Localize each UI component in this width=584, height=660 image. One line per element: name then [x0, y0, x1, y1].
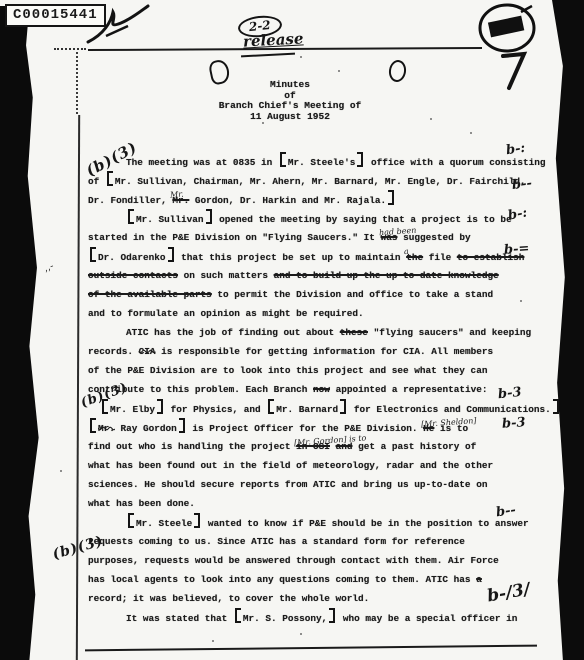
hand-bracket-icon [102, 399, 108, 414]
paragraph: Mr. Steele wanted to know if P&E should … [88, 513, 548, 608]
text-line: what has been found out in the field of … [88, 456, 548, 475]
text-segment: is responsible for getting information f… [156, 346, 494, 357]
handwritten-insertion: Mr. [170, 185, 185, 205]
hand-bracket-icon [553, 399, 559, 414]
text-segment: washad been [381, 232, 398, 243]
pen-flourish-icon [84, 2, 154, 48]
hand-bracket-icon [128, 513, 134, 528]
scan-speck [470, 132, 472, 134]
text-segment: of the available parts [88, 289, 212, 300]
text-segment: records. [88, 346, 139, 357]
hand-bracket-icon [128, 209, 134, 224]
text-line: records. CIA is responsible for getting … [88, 342, 548, 361]
hand-bracket-icon [280, 152, 286, 167]
hand-bracket-icon [90, 418, 96, 433]
text-segment: who may be a special officer in [337, 613, 517, 624]
hand-bracket-icon [179, 418, 185, 433]
text-segment: purposes, requests would be answered thr… [88, 555, 499, 566]
text-segment: these [340, 327, 368, 338]
text-segment: Mr. [98, 423, 115, 434]
text-segment: that this project be set up to maintain [176, 252, 407, 263]
hand-bracket-icon [388, 190, 394, 205]
text-segment: He[Mr. Sheldon] [423, 423, 434, 434]
text-segment: Mr. S. Possony, [243, 613, 327, 624]
text-segment: opened the meeting by saying that a proj… [214, 214, 512, 225]
hand-bracket-icon [206, 209, 212, 224]
scan-speck [60, 470, 62, 472]
text-line: of Mr. Sullivan, Chairman, Mr. Ahern, Mr… [88, 171, 548, 190]
top-rule-dots [54, 48, 86, 50]
paragraph: The meeting was at 0835 in Mr. Steele's … [88, 152, 548, 209]
handwritten-insertion: [Mr. Sheldon] [420, 411, 477, 434]
scanned-document-page: C00015441 2-2 release Minutes of Branch … [0, 0, 584, 660]
text-segment: Mr.Mr. [172, 195, 189, 206]
hand-bracket-icon [340, 399, 346, 414]
text-segment: of the P&E Division are to look into thi… [88, 365, 487, 376]
text-segment: and to formulate an opinion as might be … [88, 308, 364, 319]
redaction-scribble-icon [476, 2, 542, 94]
text-segment: record; it was believed, to cover the wh… [88, 593, 369, 604]
text-segment: what has been done. [88, 498, 195, 509]
hand-bracket-icon [194, 513, 200, 528]
text-segment: Gordon, Dr. Harkin and Mr. Rajala. [189, 195, 386, 206]
text-segment: Ray Gordon [115, 423, 177, 434]
scan-black-band-left [0, 6, 42, 660]
text-line: started in the P&E Division on "Flying S… [88, 228, 548, 247]
text-segment: file [423, 252, 457, 263]
scan-speck [212, 640, 214, 642]
text-segment: to permit the Division and office to tak… [212, 289, 493, 300]
text-segment: sciences. He should secure reports from … [88, 479, 487, 490]
text-segment: Mr. Barnard [276, 404, 338, 415]
text-segment: get a past history of [352, 441, 476, 452]
paragraph: Mr. Sullivan opened the meeting by sayin… [88, 209, 548, 323]
text-segment: Mr. Steele's [288, 157, 356, 168]
handwritten-insertion: had been [378, 221, 417, 243]
text-segment: now [313, 384, 330, 395]
hand-bracket-icon [90, 247, 96, 262]
text-segment: thea [406, 252, 423, 263]
bottom-page-border [85, 645, 537, 652]
text-segment: "flying saucers" and keeping [368, 327, 531, 338]
text-segment: to establish [457, 252, 525, 263]
paragraph: Mr. Elby for Physics, and Mr. Barnard fo… [88, 399, 548, 513]
text-segment: Mr. Elby [110, 404, 155, 415]
text-segment: ATIC has the job of finding out about [126, 327, 340, 338]
hand-bracket-icon [357, 152, 363, 167]
scan-speck [300, 633, 302, 635]
text-segment: find out who is handling the project [88, 441, 296, 452]
text-line: Dr. Odarenko that this project be set up… [88, 247, 548, 266]
text-line: record; it was believed, to cover the wh… [88, 589, 548, 608]
text-segment: has local agents to look into any questi… [88, 574, 476, 585]
hand-bracket-icon [157, 399, 163, 414]
text-line: outside contacts on such matters and to … [88, 266, 548, 285]
hand-bracket-icon [235, 608, 241, 623]
text-segment: The meeting was at 0835 in [126, 157, 278, 168]
paragraph: It was stated that Mr. S. Possony, who m… [88, 608, 548, 627]
scan-speck [430, 118, 432, 120]
hand-bracket-icon [268, 399, 274, 414]
text-segment: Mr. Sullivan [136, 214, 204, 225]
left-page-border [76, 115, 80, 660]
text-segment: outside contacts [88, 270, 178, 281]
scan-speck [262, 122, 264, 124]
text-line: of the P&E Division are to look into thi… [88, 361, 548, 380]
scan-speck [520, 300, 522, 302]
scan-black-band-right [552, 0, 584, 660]
left-border-dotted [76, 52, 78, 114]
text-line: and to formulate an opinion as might be … [88, 304, 548, 323]
text-line: The meeting was at 0835 in Mr. Steele's … [88, 152, 548, 171]
hand-bracket-icon [107, 171, 113, 186]
text-line: Dr. Fondiller, Mr.Mr. Gordon, Dr. Harkin… [88, 190, 548, 209]
text-segment: requests coming to us. Since ATIC has a … [88, 536, 465, 547]
text-line: ATIC has the job of finding out about th… [88, 323, 548, 342]
text-segment: contribute to this problem. Each Branch [88, 384, 313, 395]
scan-speck [338, 70, 340, 72]
text-segment: office with a quorum consisting [365, 157, 545, 168]
text-line: It was stated that Mr. S. Possony, who m… [88, 608, 548, 627]
text-segment: Dr. Odarenko [98, 252, 166, 263]
text-line: Mr. Steele wanted to know if P&E should … [88, 513, 548, 532]
release-underline [241, 53, 295, 58]
scan-speck [300, 56, 302, 58]
text-line: Mr. Elby for Physics, and Mr. Barnard fo… [88, 399, 548, 418]
text-line: requests coming to us. Since ATIC has a … [88, 532, 548, 551]
text-segment: started in the P&E Division on "Flying S… [88, 232, 381, 243]
document-title: Minutes of Branch Chief's Meeting of 11 … [170, 80, 410, 122]
title-line-4: 11 August 1952 [170, 112, 410, 123]
text-segment: in OSI[Mr. Gordon] is to [296, 441, 330, 452]
text-line: of the available parts to permit the Div… [88, 285, 548, 304]
text-segment: a [476, 574, 482, 585]
title-line-1: Minutes [170, 80, 410, 91]
text-segment: and to build up the up-to-date knowledge [274, 270, 499, 281]
text-segment: wanted to know if P&E should be in the p… [202, 518, 528, 529]
paragraph: ATIC has the job of finding out about th… [88, 323, 548, 399]
text-line: find out who is handling the project in … [88, 437, 548, 456]
text-line: what has been done. [88, 494, 548, 513]
text-segment: appointed a representative: [330, 384, 488, 395]
title-line-3: Branch Chief's Meeting of [170, 101, 410, 112]
text-segment: It was stated that [126, 613, 233, 624]
text-line: has local agents to look into any questi… [88, 570, 548, 589]
text-segment: of [88, 176, 105, 187]
text-line: sciences. He should secure reports from … [88, 475, 548, 494]
text-segment: for Physics, and [165, 404, 266, 415]
text-segment: Mr. Steele [136, 518, 192, 529]
typed-body: The meeting was at 0835 in Mr. Steele's … [88, 152, 548, 627]
release-handwriting: release [243, 29, 304, 50]
text-segment: on such matters [178, 270, 274, 281]
text-segment: what has been found out in the field of … [88, 460, 493, 471]
pen-mark: ,,- [42, 261, 55, 275]
text-line: Mr. Sullivan opened the meeting by sayin… [88, 209, 548, 228]
hand-bracket-icon [329, 608, 335, 623]
text-segment: Dr. Fondiller, [88, 195, 172, 206]
hand-bracket-icon [168, 247, 174, 262]
text-segment: CIA [139, 346, 156, 357]
text-line: purposes, requests would be answered thr… [88, 551, 548, 570]
text-line: contribute to this problem. Each Branch … [88, 380, 548, 399]
